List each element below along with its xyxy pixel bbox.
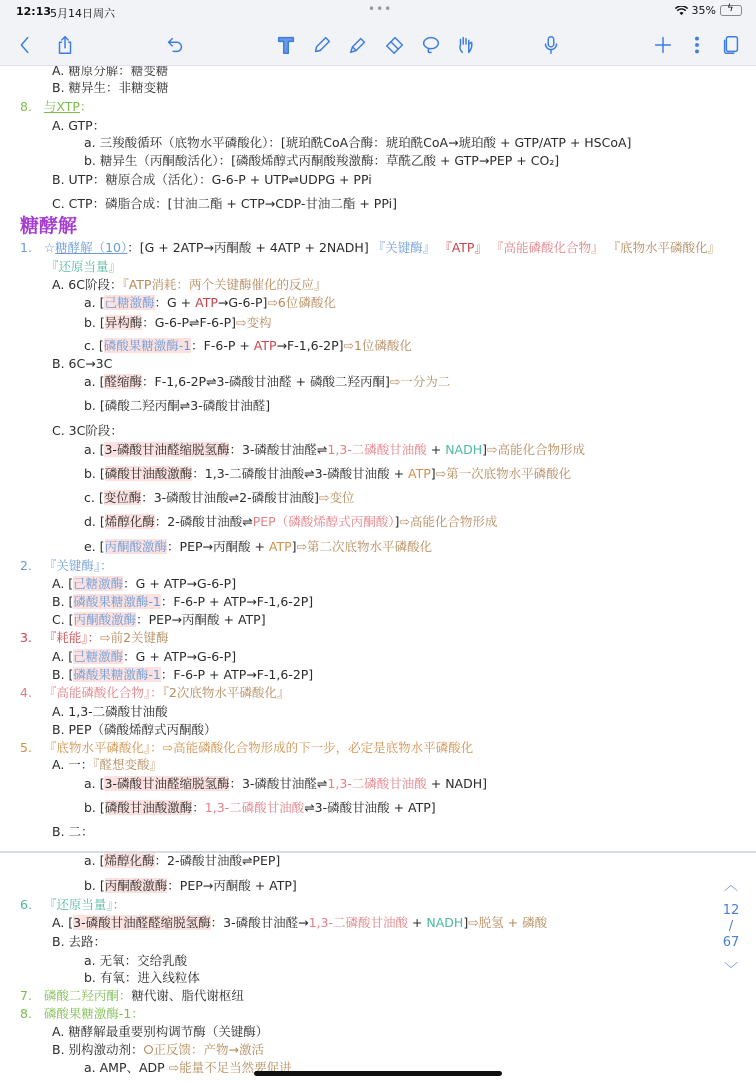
- more-icon[interactable]: [684, 32, 710, 58]
- reaction-line: c. [磷酸果糖激酶-1：F-6-P + ATP→F-1,6-2P]⇨1位磷酸化: [84, 337, 412, 355]
- reaction-line: e. [丙酮酸激酶：PEP→丙酮酸 + ATP]⇨第二次底物水平磷酸化: [84, 538, 432, 556]
- tag-reducing-equivalent: 『还原当量』: [46, 258, 121, 276]
- current-page: 12: [716, 903, 746, 919]
- label: A. 6C阶段：: [52, 277, 122, 292]
- tag-substrate-level: 『底物水平磷酸化』: [607, 240, 720, 255]
- enzyme-name: 烯醇化酶: [104, 853, 154, 868]
- pages-icon[interactable]: [718, 32, 744, 58]
- tag-atp: 『ATP』: [439, 240, 487, 255]
- eraser-icon[interactable]: [382, 32, 408, 58]
- list-number: 8.: [20, 99, 32, 114]
- enzyme-name: 醛缩酶: [104, 374, 142, 389]
- multitask-dots[interactable]: •••: [368, 2, 392, 16]
- reaction-line: C. [丙酮酸激酶：PEP→丙酮酸 + ATP]: [52, 611, 266, 629]
- note-line: A. 糖原分解：糖变糖: [52, 66, 168, 80]
- wifi-icon: [675, 6, 688, 16]
- enzyme-name: 己糖激酶: [104, 295, 154, 310]
- star-icon: ☆: [44, 240, 55, 255]
- enzyme-name: 丙酮酸激酶: [105, 539, 168, 554]
- note-line: A. 糖酵解最重要别构调节酶（关键酶）: [52, 1023, 268, 1041]
- section-pfk1: 8. 磷酸果糖激酶-1：: [20, 1005, 144, 1023]
- enzyme-name: 磷酸果糖激酶-1: [73, 594, 160, 609]
- glycolysis-overview: 1. ☆糖酵解（10）：[G + 2ATP→丙酮酸 + 4ATP + 2NADH…: [20, 239, 720, 257]
- enzyme-name: 磷酸果糖激酶-1: [104, 338, 191, 353]
- highlighter-icon[interactable]: [345, 32, 371, 58]
- text-tool-icon[interactable]: [273, 32, 299, 58]
- reaction-line: a. [3-磷酸甘油醛缩脱氢酶：3-磷酸甘油醛⇌1,3-二磷酸甘油酸 + NAD…: [84, 775, 487, 793]
- section-energy-consuming: 3. 『耗能』：⇨前2关键酶: [20, 629, 169, 647]
- status-right: 35% ϟ: [675, 4, 742, 17]
- stage-3c: C. 3C阶段：: [52, 422, 123, 440]
- enzyme-name: 磷酸甘油酸激酶: [105, 800, 193, 815]
- home-indicator[interactable]: [254, 1071, 502, 1076]
- reaction-line: A. [3-磷酸甘油醛醛缩脱氢酶：3-磷酸甘油醛→1,3-二磷酸甘油酸 + NA…: [52, 914, 547, 932]
- colon: ：: [80, 99, 93, 114]
- reaction-line: B. [磷酸果糖激酶-1：F-6-P + ATP→F-1,6-2P]: [52, 666, 313, 684]
- lasso-icon[interactable]: [418, 32, 444, 58]
- status-date: 5月14日周六: [50, 5, 115, 21]
- section-high-energy: 4. 『高能磷酸化合物』：『2次底物水平磷酸化』: [20, 684, 289, 702]
- enzyme-name: 磷酸甘油酸激酶: [105, 466, 193, 481]
- xtp-link[interactable]: 与XTP: [44, 99, 80, 114]
- reaction-line: b. [异构酶：G-6-P⇌F-6-P]⇨变构: [84, 314, 272, 332]
- note-line: B. UTP：糖原合成（活化）：G-6-P + UTP⇌UDPG + PPi: [52, 171, 372, 189]
- note: 『ATP消耗：两个关键酶催化的反应』: [122, 277, 326, 292]
- battery-icon: ϟ: [720, 5, 742, 16]
- list-number: 1.: [20, 240, 32, 255]
- note-line: A. 一：『醛想变酸』: [52, 756, 162, 774]
- tag-high-energy: 『高能磷酸化合物』: [491, 240, 604, 255]
- enzyme-name: 烯醇化酶: [105, 514, 155, 529]
- note-line: a. 无氧：交给乳酸: [84, 952, 187, 970]
- reaction-line: b. [磷酸甘油酸激酶：1,3-二磷酸甘油酸⇌3-磷酸甘油酸 + ATP]⇨第一…: [84, 465, 571, 483]
- total-pages: 67: [716, 935, 746, 951]
- note-line: C. CTP：磷脂合成：[甘油二酯 + CTP→CDP-甘油二酯 + PPi]: [52, 195, 397, 213]
- enzyme-name: 磷酸果糖激酶-1: [73, 667, 160, 682]
- section-reducing-equivalent: 6. 『还原当量』：: [20, 896, 125, 914]
- page-down-icon[interactable]: ﹀: [716, 959, 746, 987]
- page-up-icon[interactable]: ︿: [716, 875, 746, 903]
- reaction-line: b. [磷酸甘油酸激酶：1,3-二磷酸甘油酸⇌3-磷酸甘油酸 + ATP]: [84, 799, 436, 817]
- note-line: a. 三羧酸循环（底物水平磷酸化）：[琥珀酰CoA合酶：琥珀酰CoA→琥珀酸 +…: [84, 134, 631, 152]
- note-line: b. 糖异生（丙酮酸活化）：[磷酸烯醇式丙酮酸羧激酶：草酰乙酸 + GTP→PE…: [84, 152, 559, 170]
- section-substrate-level: 5. 『底物水平磷酸化』：⇨高能磷酸化合物形成的下一步，必定是底物水平磷酸化: [20, 739, 473, 757]
- enzyme-name: 变位酶: [104, 490, 142, 505]
- note-page[interactable]: A. 糖原分解：糖变糖 B. 糖异生：非糖变糖 8. 与XTP： A. GTP：…: [0, 66, 756, 1083]
- enzyme-name: 异构酶: [105, 315, 143, 330]
- enzyme-name: 己糖激酶: [73, 576, 123, 591]
- section-title: 糖酵解: [20, 214, 77, 238]
- status-time: 12:13: [16, 5, 51, 18]
- add-icon[interactable]: [650, 32, 676, 58]
- toolbar: [0, 24, 756, 66]
- note-line: B. 去路：: [52, 933, 106, 951]
- hand-icon[interactable]: [453, 32, 479, 58]
- reaction-line: b. [丙酮酸激酶：PEP→丙酮酸 + ATP]: [84, 877, 297, 895]
- note-line: A. 1,3-二磷酸甘油酸: [52, 703, 168, 721]
- note-line: A. GTP：: [52, 117, 105, 135]
- section-key-enzymes: 2. 『关键酶』：: [20, 557, 113, 575]
- reaction-line: a. [3-磷酸甘油醛缩脱氢酶：3-磷酸甘油醛⇌1,3-二磷酸甘油酸 + NAD…: [84, 441, 585, 459]
- undo-icon[interactable]: [162, 32, 188, 58]
- back-icon[interactable]: [12, 32, 38, 58]
- stage-6c-3c: B. 6C→3C: [52, 355, 112, 373]
- reaction-line: A. [己糖激酶：G + ATP→G-6-P]: [52, 575, 236, 593]
- enzyme-name: 3-磷酸甘油醛醛缩脱氢酶: [73, 915, 210, 930]
- share-icon[interactable]: [52, 32, 78, 58]
- status-bar: 12:13 5月14日周六 ••• 35% ϟ: [0, 0, 756, 24]
- reaction-line: d. [烯醇化酶：2-磷酸甘油酸⇌PEP（磷酸烯醇式丙酮酸）]⇨高能化合物形成: [84, 513, 497, 531]
- enzyme-name: 3-磷酸甘油醛缩脱氢酶: [104, 776, 229, 791]
- page-separator: /: [716, 919, 746, 935]
- section-8-xtp: 8. 与XTP：: [20, 98, 92, 116]
- stage-6c: A. 6C阶段：『ATP消耗：两个关键酶催化的反应』: [52, 276, 326, 294]
- note-line: B. 糖异生：非糖变糖: [52, 79, 169, 97]
- reaction-line: a. [己糖激酶：G + ATP→G-6-P]⇨6位磷酸化: [84, 294, 336, 312]
- enzyme-name: 丙酮酸激酶: [74, 612, 137, 627]
- note-line: b. 有氧：进入线粒体: [84, 969, 200, 987]
- note-line: B. PEP（磷酸烯醇式丙酮酸）: [52, 721, 217, 739]
- reaction-line: B. [磷酸果糖激酶-1：F-6-P + ATP→F-1,6-2P]: [52, 593, 313, 611]
- pen-icon[interactable]: [309, 32, 335, 58]
- equation: ：[G + 2ATP→丙酮酸 + 4ATP + 2NADH]: [127, 240, 368, 255]
- section-dhap: 7. 磷酸二羟丙酮：糖代谢、脂代谢枢纽: [20, 987, 244, 1005]
- reaction-line: a. [烯醇化酶：2-磷酸甘油酸⇌PEP]: [84, 852, 280, 870]
- microphone-icon[interactable]: [538, 32, 564, 58]
- reaction-line: a. [醛缩酶：F-1,6-2P⇌3-磷酸甘油醛 + 磷酸二羟丙酮]⇨一分为二: [84, 373, 450, 391]
- note-line: B. 二：: [52, 823, 94, 841]
- page-navigator: ︿ 12 / 67 ﹀: [716, 875, 746, 987]
- note-line: B. 别构激动剂：⭘正反馈：产物→激活: [52, 1041, 264, 1059]
- reaction-line: A. [己糖激酶：G + ATP→G-6-P]: [52, 648, 236, 666]
- battery-percent: 35%: [692, 4, 716, 17]
- enzyme-name: 丙酮酸激酶: [105, 878, 168, 893]
- enzyme-name: 3-磷酸甘油醛缩脱氢酶: [104, 442, 229, 457]
- enzyme-name: 己糖激酶: [73, 649, 123, 664]
- reaction-line: c. [变位酶：3-磷酸甘油酸⇌2-磷酸甘油酸]⇨变位: [84, 489, 354, 507]
- tag-key-enzyme: 『关键酶』: [373, 240, 436, 255]
- glycolysis-link[interactable]: 糖酵解（10）: [55, 240, 127, 255]
- reaction-line: b. [磷酸二羟丙酮⇌3-磷酸甘油醛]: [84, 397, 270, 415]
